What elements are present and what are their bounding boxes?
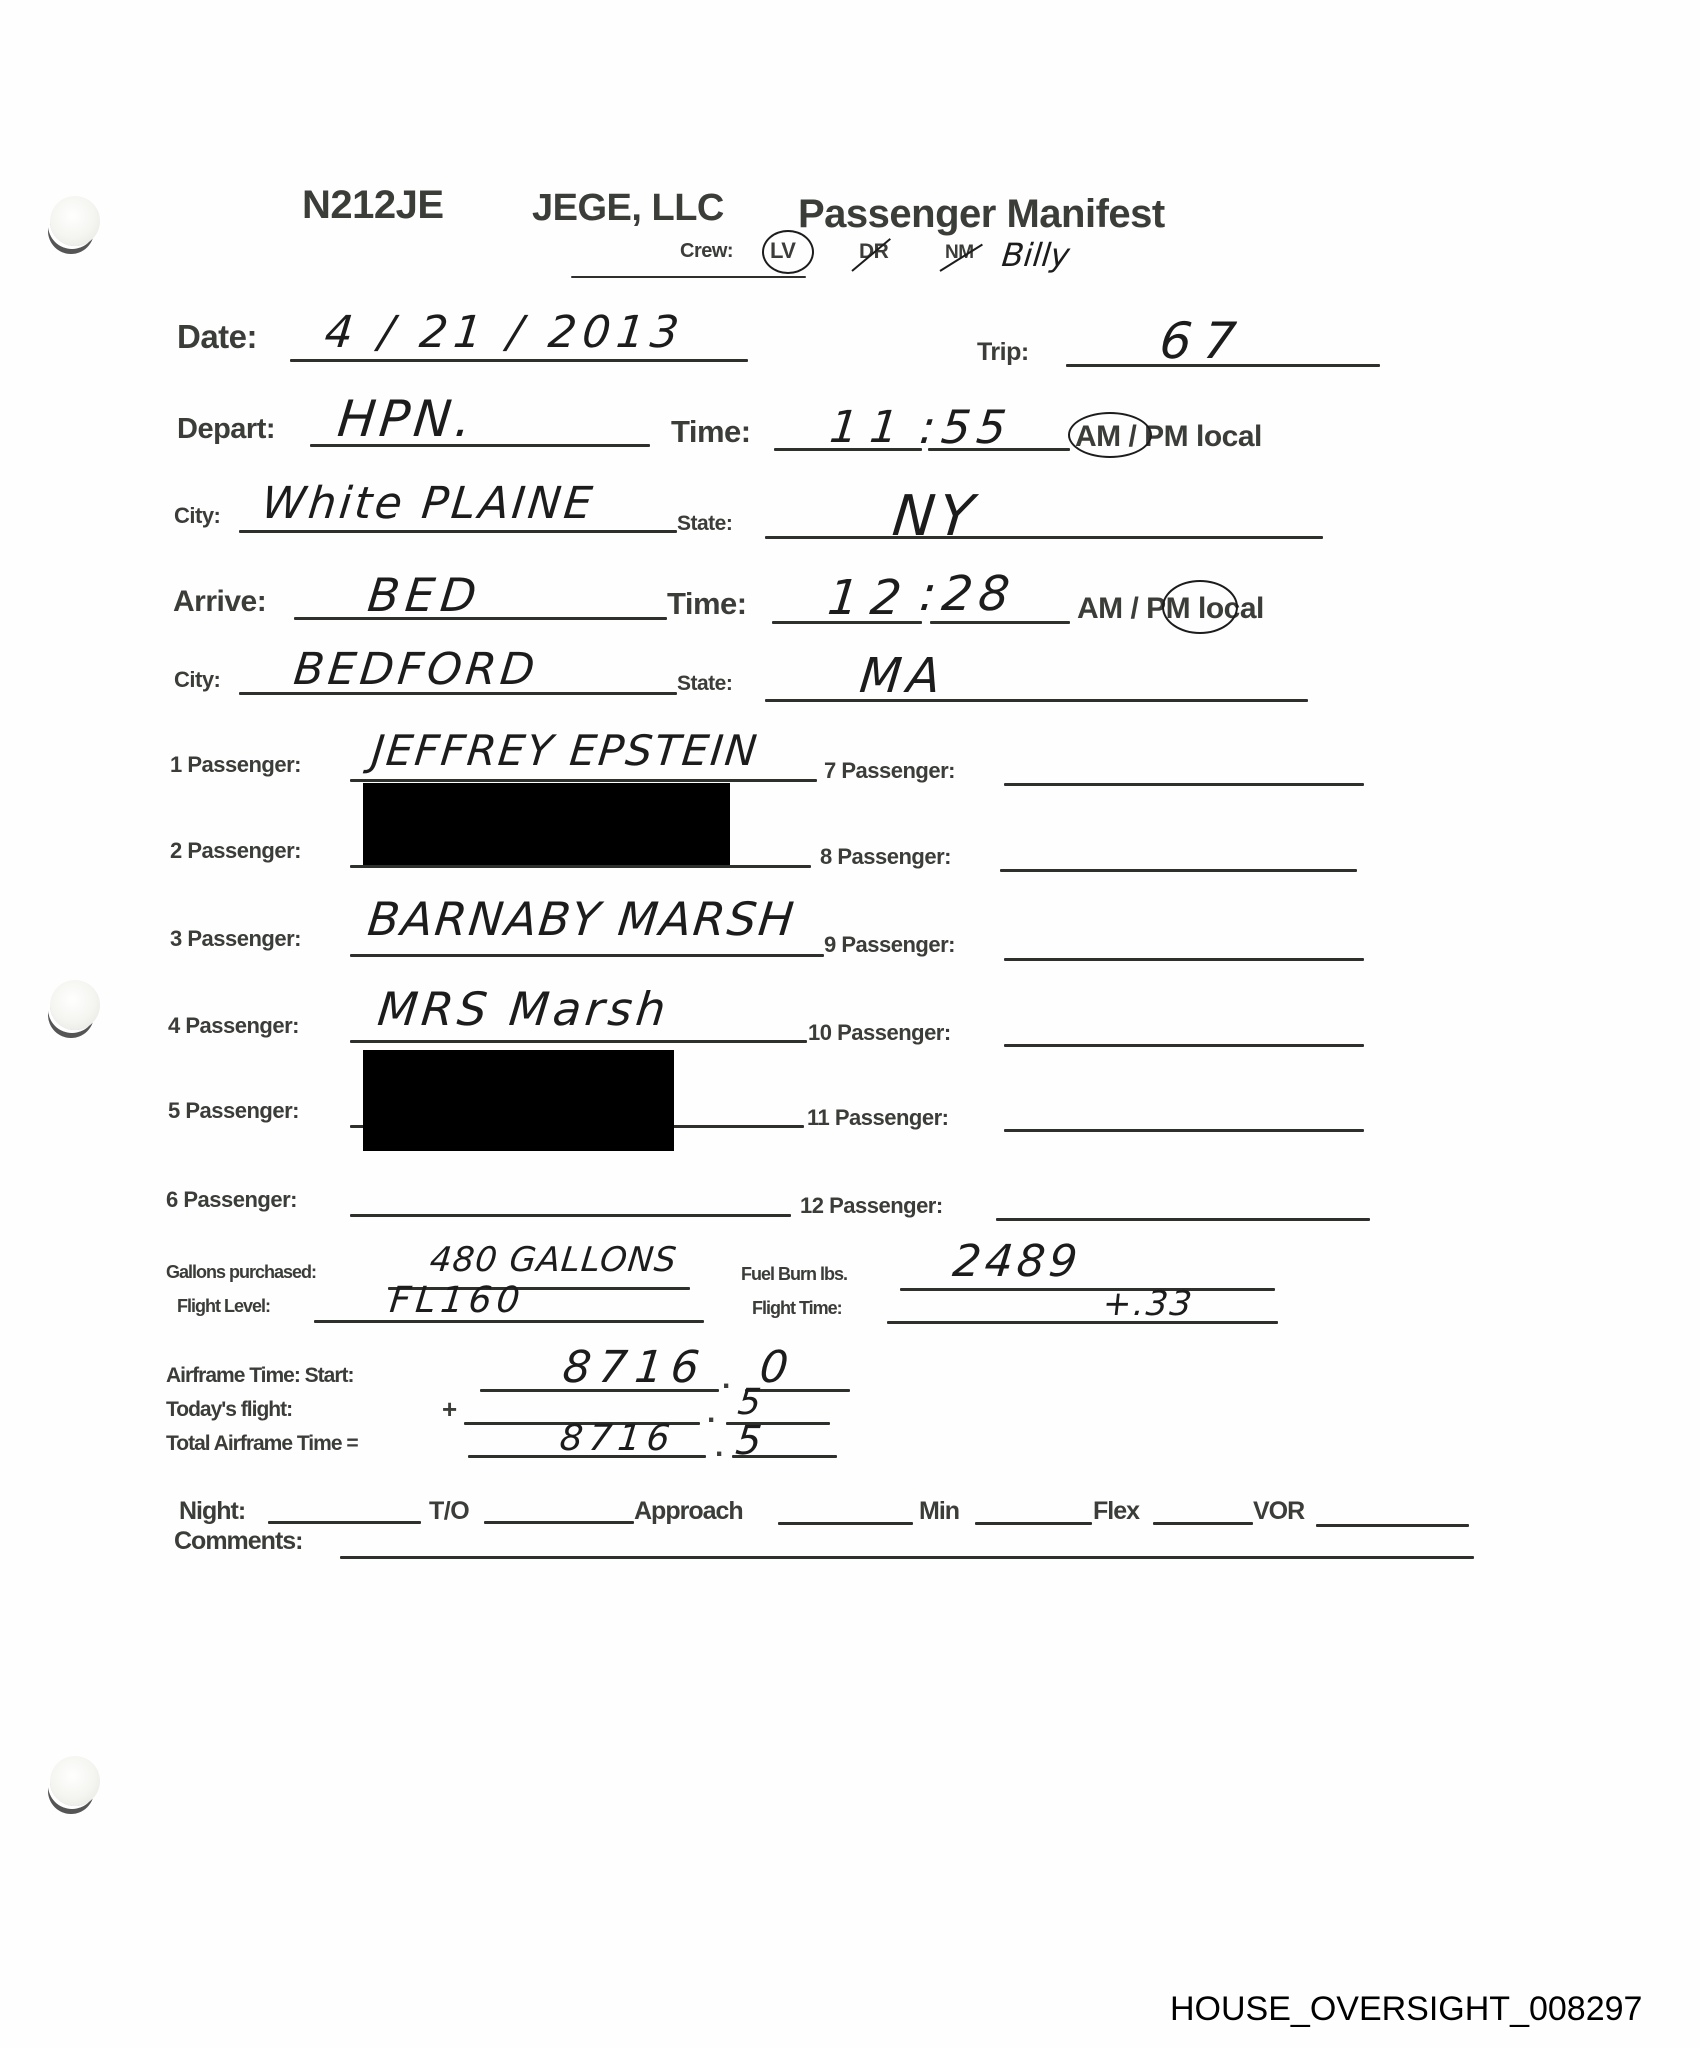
depart-city-underline[interactable]: [239, 530, 677, 533]
trip-label: Trip:: [977, 338, 1029, 367]
gallons-value: 480 GALLONS: [428, 1240, 679, 1280]
today-flight-tenths: 5: [736, 1382, 765, 1423]
night-line[interactable]: [268, 1521, 421, 1524]
total-airframe-label: Total Airframe Time =: [166, 1432, 358, 1456]
to-label: T/O: [429, 1497, 469, 1526]
date-value: 4 / 21 / 2013: [322, 307, 687, 358]
arrive-minute: :28: [917, 566, 1018, 622]
date-label: Date:: [177, 318, 257, 356]
fuel-burn-label: Fuel Burn lbs.: [741, 1264, 847, 1285]
depart-city-label: City:: [174, 503, 220, 529]
depart-hour: 11: [827, 402, 912, 453]
flex-label: Flex: [1093, 1497, 1139, 1526]
bates-number: HOUSE_OVERSIGHT_008297: [1170, 1990, 1642, 2029]
depart-airport: HPN.: [335, 390, 478, 448]
passenger-4-label: 4 Passenger:: [168, 1013, 299, 1039]
depart-state: NY: [890, 484, 981, 549]
arrive-city: BEDFORD: [291, 644, 541, 695]
crew-lv-circle: [762, 230, 814, 274]
passenger-8-line[interactable]: [1000, 869, 1357, 872]
passenger-3-label: 3 Passenger:: [170, 926, 301, 952]
airframe-start-whole: 8716: [560, 1342, 709, 1393]
passenger-4-name: MRS Marsh: [375, 982, 672, 1036]
crew-underline: [571, 276, 806, 278]
arrive-state-underline[interactable]: [765, 699, 1308, 702]
total-airframe-whole: 8716: [558, 1418, 678, 1459]
manifest-page: N212JE JEGE, LLC Passenger Manifest Crew…: [0, 0, 1700, 2048]
crew-label: Crew:: [680, 240, 733, 263]
airframe-start-label: Airframe Time: Start:: [166, 1364, 354, 1388]
vor-line[interactable]: [1316, 1524, 1469, 1527]
arrive-city-label: City:: [174, 667, 220, 693]
depart-label: Depart:: [177, 413, 275, 446]
passenger-11-label: 11 Passenger:: [807, 1105, 948, 1131]
flight-level-value: FL160: [388, 1280, 527, 1321]
total-airframe-tenths: 5: [734, 1418, 766, 1464]
trip-value: 67: [1157, 312, 1251, 370]
arrive-time-label: Time:: [667, 586, 747, 622]
flight-time-line[interactable]: [887, 1321, 1278, 1324]
flex-line[interactable]: [1153, 1522, 1253, 1525]
depart-city: White PLAINE: [259, 478, 597, 529]
min-label: Min: [919, 1497, 959, 1526]
page-title: Passenger Manifest: [798, 192, 1165, 237]
passenger-9-label: 9 Passenger:: [824, 932, 955, 958]
tail-number: N212JE: [302, 183, 444, 228]
passenger-8-label: 8 Passenger:: [820, 844, 951, 870]
flight-level-label: Flight Level:: [177, 1296, 270, 1317]
arrive-pm-circle: [1162, 580, 1238, 634]
crew-handwritten: Billy: [1000, 236, 1072, 274]
passenger-1-line[interactable]: [350, 779, 817, 782]
arrive-state-label: State:: [677, 672, 732, 696]
flight-time-label: Flight Time:: [752, 1298, 842, 1319]
passenger-1-name: JEFFREY EPSTEIN: [369, 726, 761, 775]
arrive-state: MA: [857, 648, 949, 704]
passenger-9-line[interactable]: [1004, 958, 1364, 961]
passenger-12-line[interactable]: [996, 1218, 1370, 1221]
passenger-7-line[interactable]: [1004, 783, 1364, 786]
comments-label: Comments:: [174, 1527, 303, 1556]
punch-hole-bottom: [50, 1756, 100, 1806]
flight-time-value: +.33: [1101, 1284, 1196, 1324]
min-line[interactable]: [975, 1522, 1092, 1525]
gallons-label: Gallons purchased:: [166, 1262, 316, 1283]
today-flight-decimal: .: [707, 1396, 715, 1430]
company-name: JEGE, LLC: [532, 187, 724, 230]
to-line[interactable]: [484, 1521, 634, 1524]
airframe-start-decimal: .: [722, 1362, 730, 1396]
passenger-11-line[interactable]: [1004, 1129, 1364, 1132]
night-label: Night:: [179, 1497, 245, 1526]
depart-state-underline[interactable]: [765, 536, 1323, 539]
depart-am-circle: [1068, 412, 1152, 458]
arrive-hour: 12: [825, 570, 916, 626]
total-airframe-decimal: .: [715, 1430, 723, 1464]
arrive-label: Arrive:: [173, 585, 266, 619]
depart-minute: :55: [917, 400, 1015, 454]
passenger-10-line[interactable]: [1004, 1044, 1364, 1047]
passenger-12-label: 12 Passenger:: [800, 1193, 943, 1219]
passenger-10-label: 10 Passenger:: [808, 1020, 951, 1046]
passenger-4-line[interactable]: [350, 1040, 807, 1043]
passenger-5-label: 5 Passenger:: [168, 1098, 299, 1124]
comments-line[interactable]: [340, 1556, 1474, 1559]
arrive-underline[interactable]: [294, 617, 667, 620]
arrive-airport: BED: [365, 568, 485, 622]
depart-state-label: State:: [677, 512, 732, 536]
passenger-3-name: BARNABY MARSH: [365, 892, 798, 946]
passenger-2-line[interactable]: [350, 865, 811, 868]
fuel-burn-value: 2489: [950, 1236, 1083, 1287]
passenger-2-label: 2 Passenger:: [170, 838, 301, 864]
depart-time-label: Time:: [671, 414, 751, 450]
today-flight-plus: +: [442, 1394, 457, 1425]
approach-line[interactable]: [778, 1522, 913, 1525]
fuel-burn-line[interactable]: [900, 1288, 1275, 1291]
passenger-5-redaction: [363, 1050, 674, 1151]
passenger-6-label: 6 Passenger:: [166, 1187, 297, 1213]
passenger-6-line[interactable]: [350, 1214, 791, 1217]
passenger-3-line[interactable]: [350, 954, 824, 957]
passenger-1-label: 1 Passenger:: [170, 752, 301, 778]
date-underline[interactable]: [290, 359, 748, 362]
vor-label: VOR: [1253, 1497, 1304, 1526]
approach-label: Approach: [634, 1497, 743, 1526]
punch-hole-middle: [50, 980, 100, 1030]
passenger-7-label: 7 Passenger:: [824, 758, 955, 784]
passenger-2-redaction: [363, 783, 730, 865]
today-flight-label: Today's flight:: [166, 1398, 292, 1422]
punch-hole-top: [50, 196, 100, 246]
